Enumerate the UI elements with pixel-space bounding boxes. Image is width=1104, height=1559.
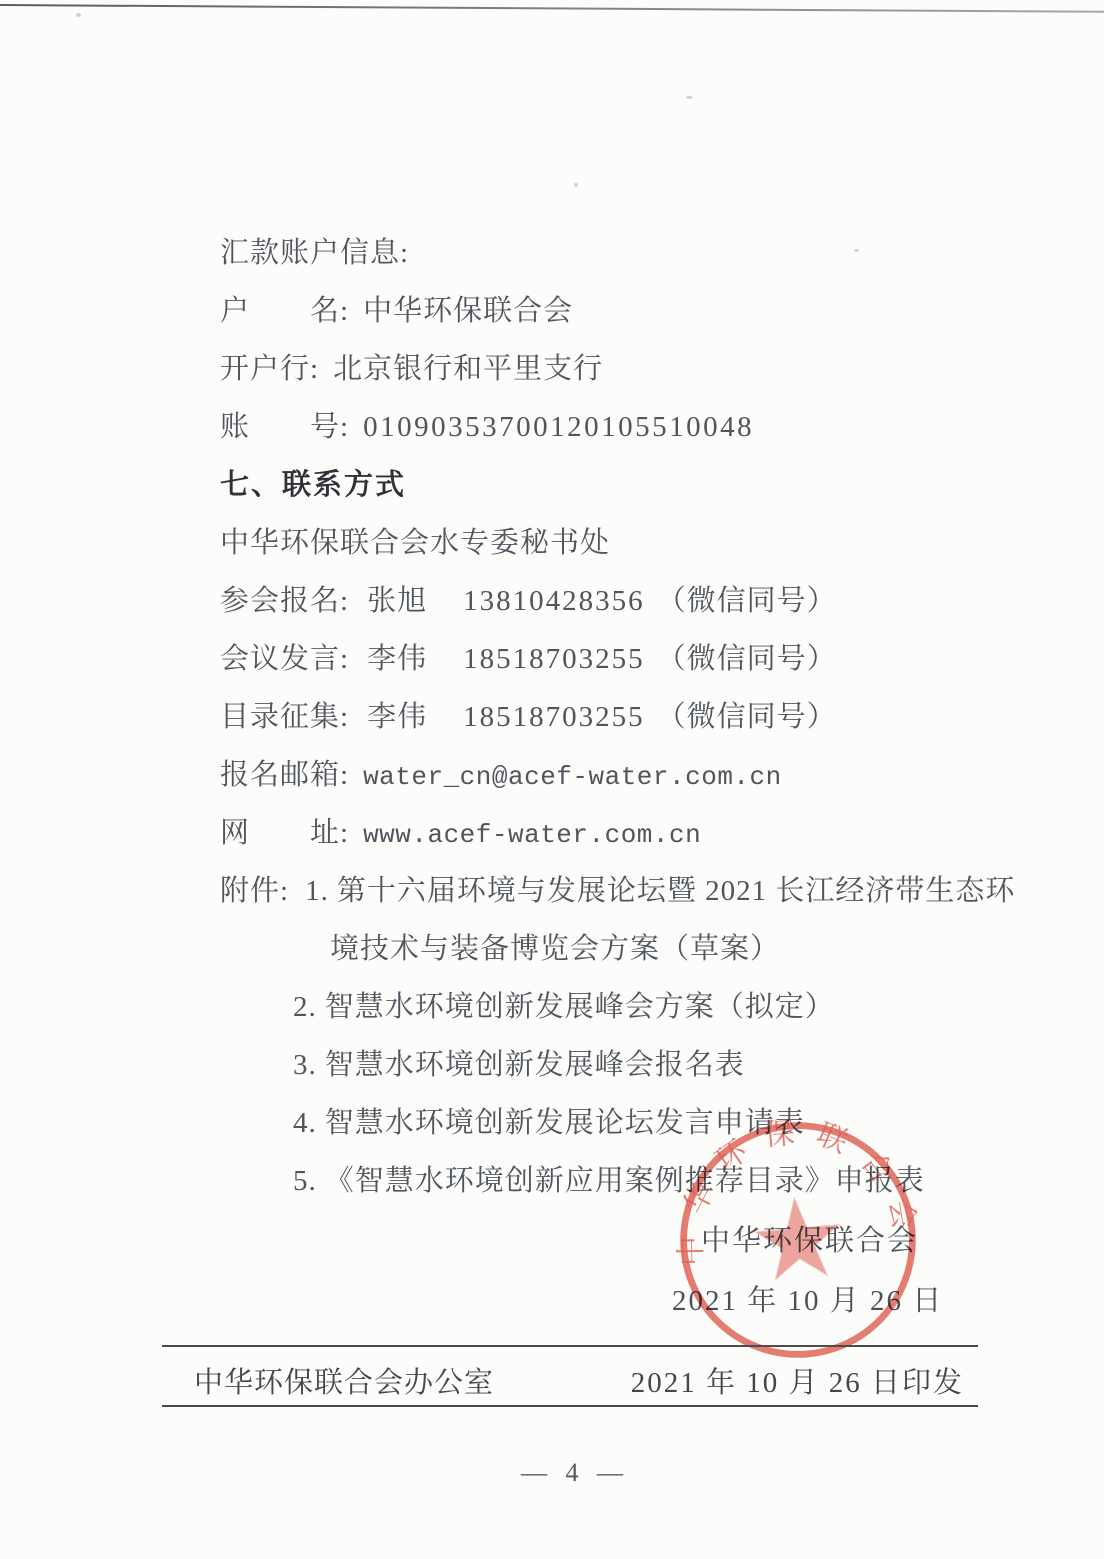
- contact-note: （微信同号）: [657, 585, 837, 617]
- seal-graphic: 中华环保联合会: [661, 1103, 934, 1376]
- attachment-number: 2.: [293, 991, 317, 1023]
- footer-top-rule: [162, 1345, 978, 1347]
- contact-heading: 七、联系方式: [220, 462, 406, 502]
- contact-person: 李伟: [367, 701, 427, 733]
- scan-speck: [574, 183, 578, 187]
- scanned-document-page: 汇款账户信息: 户 名:中华环保联合会 开户行:北京银行和平里支行 账 号:01…: [0, 0, 1104, 1559]
- contact-label: 会议发言:: [220, 643, 349, 675]
- account-value: 中华环保联合会: [363, 295, 573, 327]
- attachment-item-2: 2.智慧水环境创新发展峰会方案（拟定）: [293, 984, 835, 1024]
- account-value: 01090353700120105510048: [363, 411, 754, 443]
- attachment-number: 1.: [305, 875, 329, 907]
- contact-phone: 13810428356: [463, 585, 645, 617]
- account-label: 账 号:: [220, 411, 349, 443]
- contact-phone: 18518703255: [463, 643, 645, 675]
- attachment-number: 5.: [293, 1165, 317, 1197]
- contact-note: （微信同号）: [657, 643, 837, 675]
- email-value: water_cn@acef-water.com.cn: [363, 762, 782, 792]
- attachment-item-1-continued: 境技术与装备博览会方案（草案）: [330, 926, 780, 966]
- official-red-seal: 中华环保联合会: [661, 1103, 934, 1376]
- email-label: 报名邮箱:: [220, 759, 349, 791]
- scan-speck: [686, 96, 693, 99]
- attachment-text: 第十六届环境与发展论坛暨 2021 长江经济带生态环: [337, 875, 1016, 907]
- seal-star-icon: [754, 1196, 842, 1280]
- scan-edge-line: [0, 4, 1104, 13]
- contact-person: 张旭: [367, 585, 427, 617]
- contact-row-website: 网 址:www.acef-water.com.cn: [220, 810, 701, 850]
- account-label: 户 名:: [220, 295, 349, 327]
- footer-print-date: 2021 年 10 月 26 日印发: [631, 1360, 978, 1401]
- contact-row-email: 报名邮箱:water_cn@acef-water.com.cn: [220, 752, 782, 792]
- contact-label: 目录征集:: [220, 701, 349, 733]
- attachment-text: 智慧水环境创新发展峰会报名表: [325, 1049, 745, 1081]
- page-number: — 4 —: [0, 1458, 1104, 1488]
- contact-note: （微信同号）: [657, 701, 837, 733]
- account-row-name: 户 名:中华环保联合会: [220, 288, 573, 328]
- account-row-number: 账 号:01090353700120105510048: [220, 404, 754, 444]
- account-value: 北京银行和平里支行: [333, 353, 603, 385]
- scan-speck: [76, 13, 81, 17]
- contact-phone: 18518703255: [463, 701, 645, 733]
- attachment-number: 3.: [293, 1049, 317, 1081]
- contact-row-speech: 会议发言:李伟18518703255（微信同号）: [220, 636, 837, 676]
- contact-label: 参会报名:: [220, 585, 349, 617]
- contact-person: 李伟: [367, 643, 427, 675]
- account-label: 开户行:: [220, 353, 319, 385]
- attachment-text: 智慧水环境创新发展峰会方案（拟定）: [325, 991, 835, 1023]
- footer-bottom-rule: [162, 1405, 978, 1407]
- footer-office: 中华环保联合会办公室: [162, 1360, 494, 1401]
- scan-speck: [854, 249, 859, 252]
- attachment-item-3: 3.智慧水环境创新发展峰会报名表: [293, 1042, 745, 1082]
- contact-row-registration: 参会报名:张旭13810428356（微信同号）: [220, 578, 837, 618]
- attachment-number: 4.: [293, 1107, 317, 1139]
- attachment-item-1: 附件:1.第十六届环境与发展论坛暨 2021 长江经济带生态环: [220, 868, 1015, 908]
- footer-row: 中华环保联合会办公室 2021 年 10 月 26 日印发: [162, 1357, 978, 1403]
- account-row-bank: 开户行:北京银行和平里支行: [220, 346, 603, 386]
- contact-row-catalog: 目录征集:李伟18518703255（微信同号）: [220, 694, 837, 734]
- contact-secretariat: 中华环保联合会水专委秘书处: [220, 520, 610, 560]
- website-label: 网 址:: [220, 817, 349, 849]
- website-value: www.acef-water.com.cn: [363, 820, 701, 850]
- account-heading: 汇款账户信息:: [220, 230, 409, 270]
- attachments-label: 附件:: [220, 875, 289, 907]
